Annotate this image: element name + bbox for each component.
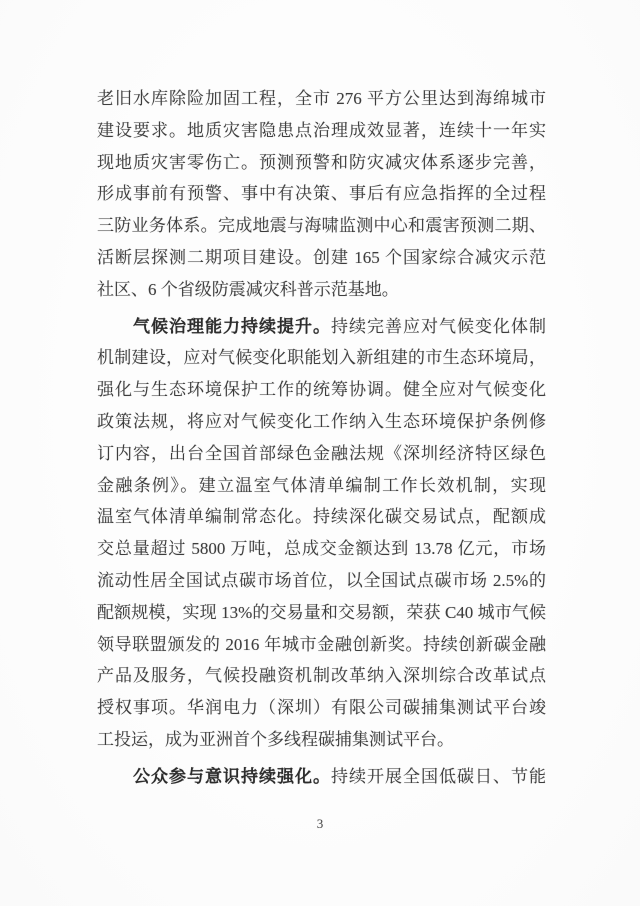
paragraph-2: 气候治理能力持续提升。持续完善应对气候变化体制 机制建设，应对气候变化职能划入新… [97,311,546,756]
text-line: 形成事前有预警、事中有决策、事后有应急指挥的全过程 [97,178,546,210]
document-page: 老旧水库除险加固工程，全市 276 平方公里达到海绵城市 建设要求。地质灾害隐患… [0,0,640,906]
text-line: 机制建设，应对气候变化职能划入新组建的市生态环境局， [97,342,546,374]
text-line: 流动性居全国试点碳市场首位，以全国试点碳市场 2.5%的 [97,565,546,597]
paragraph-lead-rest: 持续开展全国低碳日、节能 [331,767,546,786]
text-line: 强化与生态环境保护工作的统筹协调。健全应对气候变化 [97,374,546,406]
text-line: 产品及服务，气候投融资机制改革纳入深圳综合改革试点 [97,660,546,692]
text-line: 授权事项。华润电力（深圳）有限公司碳捕集测试平台竣 [97,692,546,724]
text-line: 建设要求。地质灾害隐患点治理成效显著，连续十一年实 [97,115,546,147]
text-line: 领导联盟颁发的 2016 年城市金融创新奖。持续创新碳金融 [97,629,546,661]
text-line: 交总量超过 5800 万吨，总成交金额达到 13.78 亿元，市场 [97,533,546,565]
paragraph-lead-line: 公众参与意识持续强化。持续开展全国低碳日、节能 [97,761,546,793]
text-line: 金融条例》。建立温室气体清单编制工作长效机制，实现 [97,470,546,502]
text-line: 老旧水库除险加固工程，全市 276 平方公里达到海绵城市 [97,83,546,115]
text-block: 老旧水库除险加固工程，全市 276 平方公里达到海绵城市 建设要求。地质灾害隐患… [97,83,546,793]
text-line: 现地质灾害零伤亡。预测预警和防灾减灾体系逐步完善， [97,147,546,179]
text-line: 订内容，出台全国首部绿色金融法规《深圳经济特区绿色 [97,438,546,470]
paragraph-lead-rest: 持续完善应对气候变化体制 [331,317,546,336]
text-line: 配额规模，实现 13%的交易量和交易额，荣获 C40 城市气候 [97,597,546,629]
paragraph-lead-bold: 气候治理能力持续提升。 [133,317,331,336]
page-number: 3 [0,816,640,832]
text-line: 温室气体清单编制常态化。持续深化碳交易试点，配额成 [97,501,546,533]
paragraph-lead-bold: 公众参与意识持续强化。 [133,767,331,786]
text-line: 政策法规，将应对气候变化工作纳入生态环境保护条例修 [97,406,546,438]
paragraph-3: 公众参与意识持续强化。持续开展全国低碳日、节能 [97,761,546,793]
text-line: 工投运，成为亚洲首个多线程碳捕集测试平台。 [97,724,546,756]
paragraph-lead-line: 气候治理能力持续提升。持续完善应对气候变化体制 [97,311,546,343]
text-line: 三防业务体系。完成地震与海啸监测中心和震害预测二期、 [97,210,546,242]
paragraph-1: 老旧水库除险加固工程，全市 276 平方公里达到海绵城市 建设要求。地质灾害隐患… [97,83,546,306]
text-line: 社区、6 个省级防震减灾科普示范基地。 [97,274,546,306]
text-line: 活断层探测二期项目建设。创建 165 个国家综合减灾示范 [97,242,546,274]
